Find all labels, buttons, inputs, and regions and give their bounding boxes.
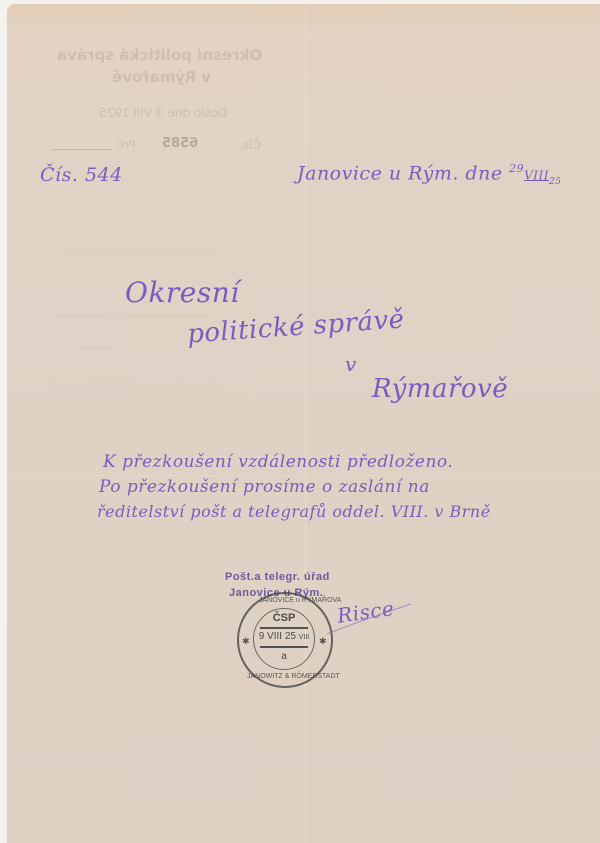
show-through-handwriting: ~~~~~~~~~~~~~~~~~~~~~ <box>59 244 217 254</box>
addressee-line-3: v <box>345 352 357 376</box>
horizontal-fold-crease <box>7 474 600 476</box>
show-through-prefix: Čís. <box>239 138 261 152</box>
show-through-office-town: v Rýmařově <box>112 68 211 86</box>
addressee-line-2: politické správě <box>186 304 405 349</box>
postmark-date: 9 VIII 25 VIII <box>254 631 314 642</box>
postmark-letter: a <box>254 651 314 662</box>
reference-number: Čís. 544 <box>40 164 123 186</box>
body-line-2: Po přezkoušení prosíme o zaslání na <box>99 477 430 497</box>
body-line-1: K přezkoušení vzdálenosti předloženo. <box>103 452 453 472</box>
office-stamp-line-1: Pošt.a telegr. úřad <box>225 571 330 583</box>
show-through-received: Došlo dne 3 VIII 1925 <box>99 106 227 120</box>
show-through-line <box>52 149 112 150</box>
postmark-inner-ring: ČSP 9 VIII 25 VIII a <box>253 608 315 670</box>
show-through-suffix: Pril. <box>115 138 136 151</box>
addressee-line-4: Rýmařově <box>372 374 508 404</box>
show-through-handwriting: ~~~~~~~~~~~~~~~~~~~~~~~~~ <box>37 398 226 408</box>
place-and-date: Janovice u Rým. dne 29VIII25 <box>297 162 561 187</box>
show-through-number: 6585 <box>162 136 198 151</box>
document-page: Okresní politická správa v Rýmařově Došl… <box>7 4 600 843</box>
postmark-bar-bottom <box>260 646 308 648</box>
show-through-office-name: Okresní politická správa <box>57 46 262 64</box>
addressee-line-1: Okresní <box>125 276 240 309</box>
vertical-fold-crease <box>304 4 306 843</box>
postmark-center-label: ČSP <box>254 612 314 624</box>
show-through-handwriting: ~~~~~ <box>77 344 115 354</box>
body-line-3: ředitelství pošt a telegrafů oddel. VIII… <box>97 502 491 521</box>
postmark-bottom-text: JANOWITZ & RÖMERSTADT <box>247 673 340 680</box>
show-through-handwriting: ~~~~~~~~~~~~~~~~~~~~~ <box>57 416 215 426</box>
postmark-bar-top <box>260 627 308 629</box>
postmark-star-left: ✱ <box>242 636 250 647</box>
show-through-handwriting: ~~~~~~~~~~~~~~~~~~~~~~~ <box>47 380 220 390</box>
signature-flourish <box>307 594 417 644</box>
